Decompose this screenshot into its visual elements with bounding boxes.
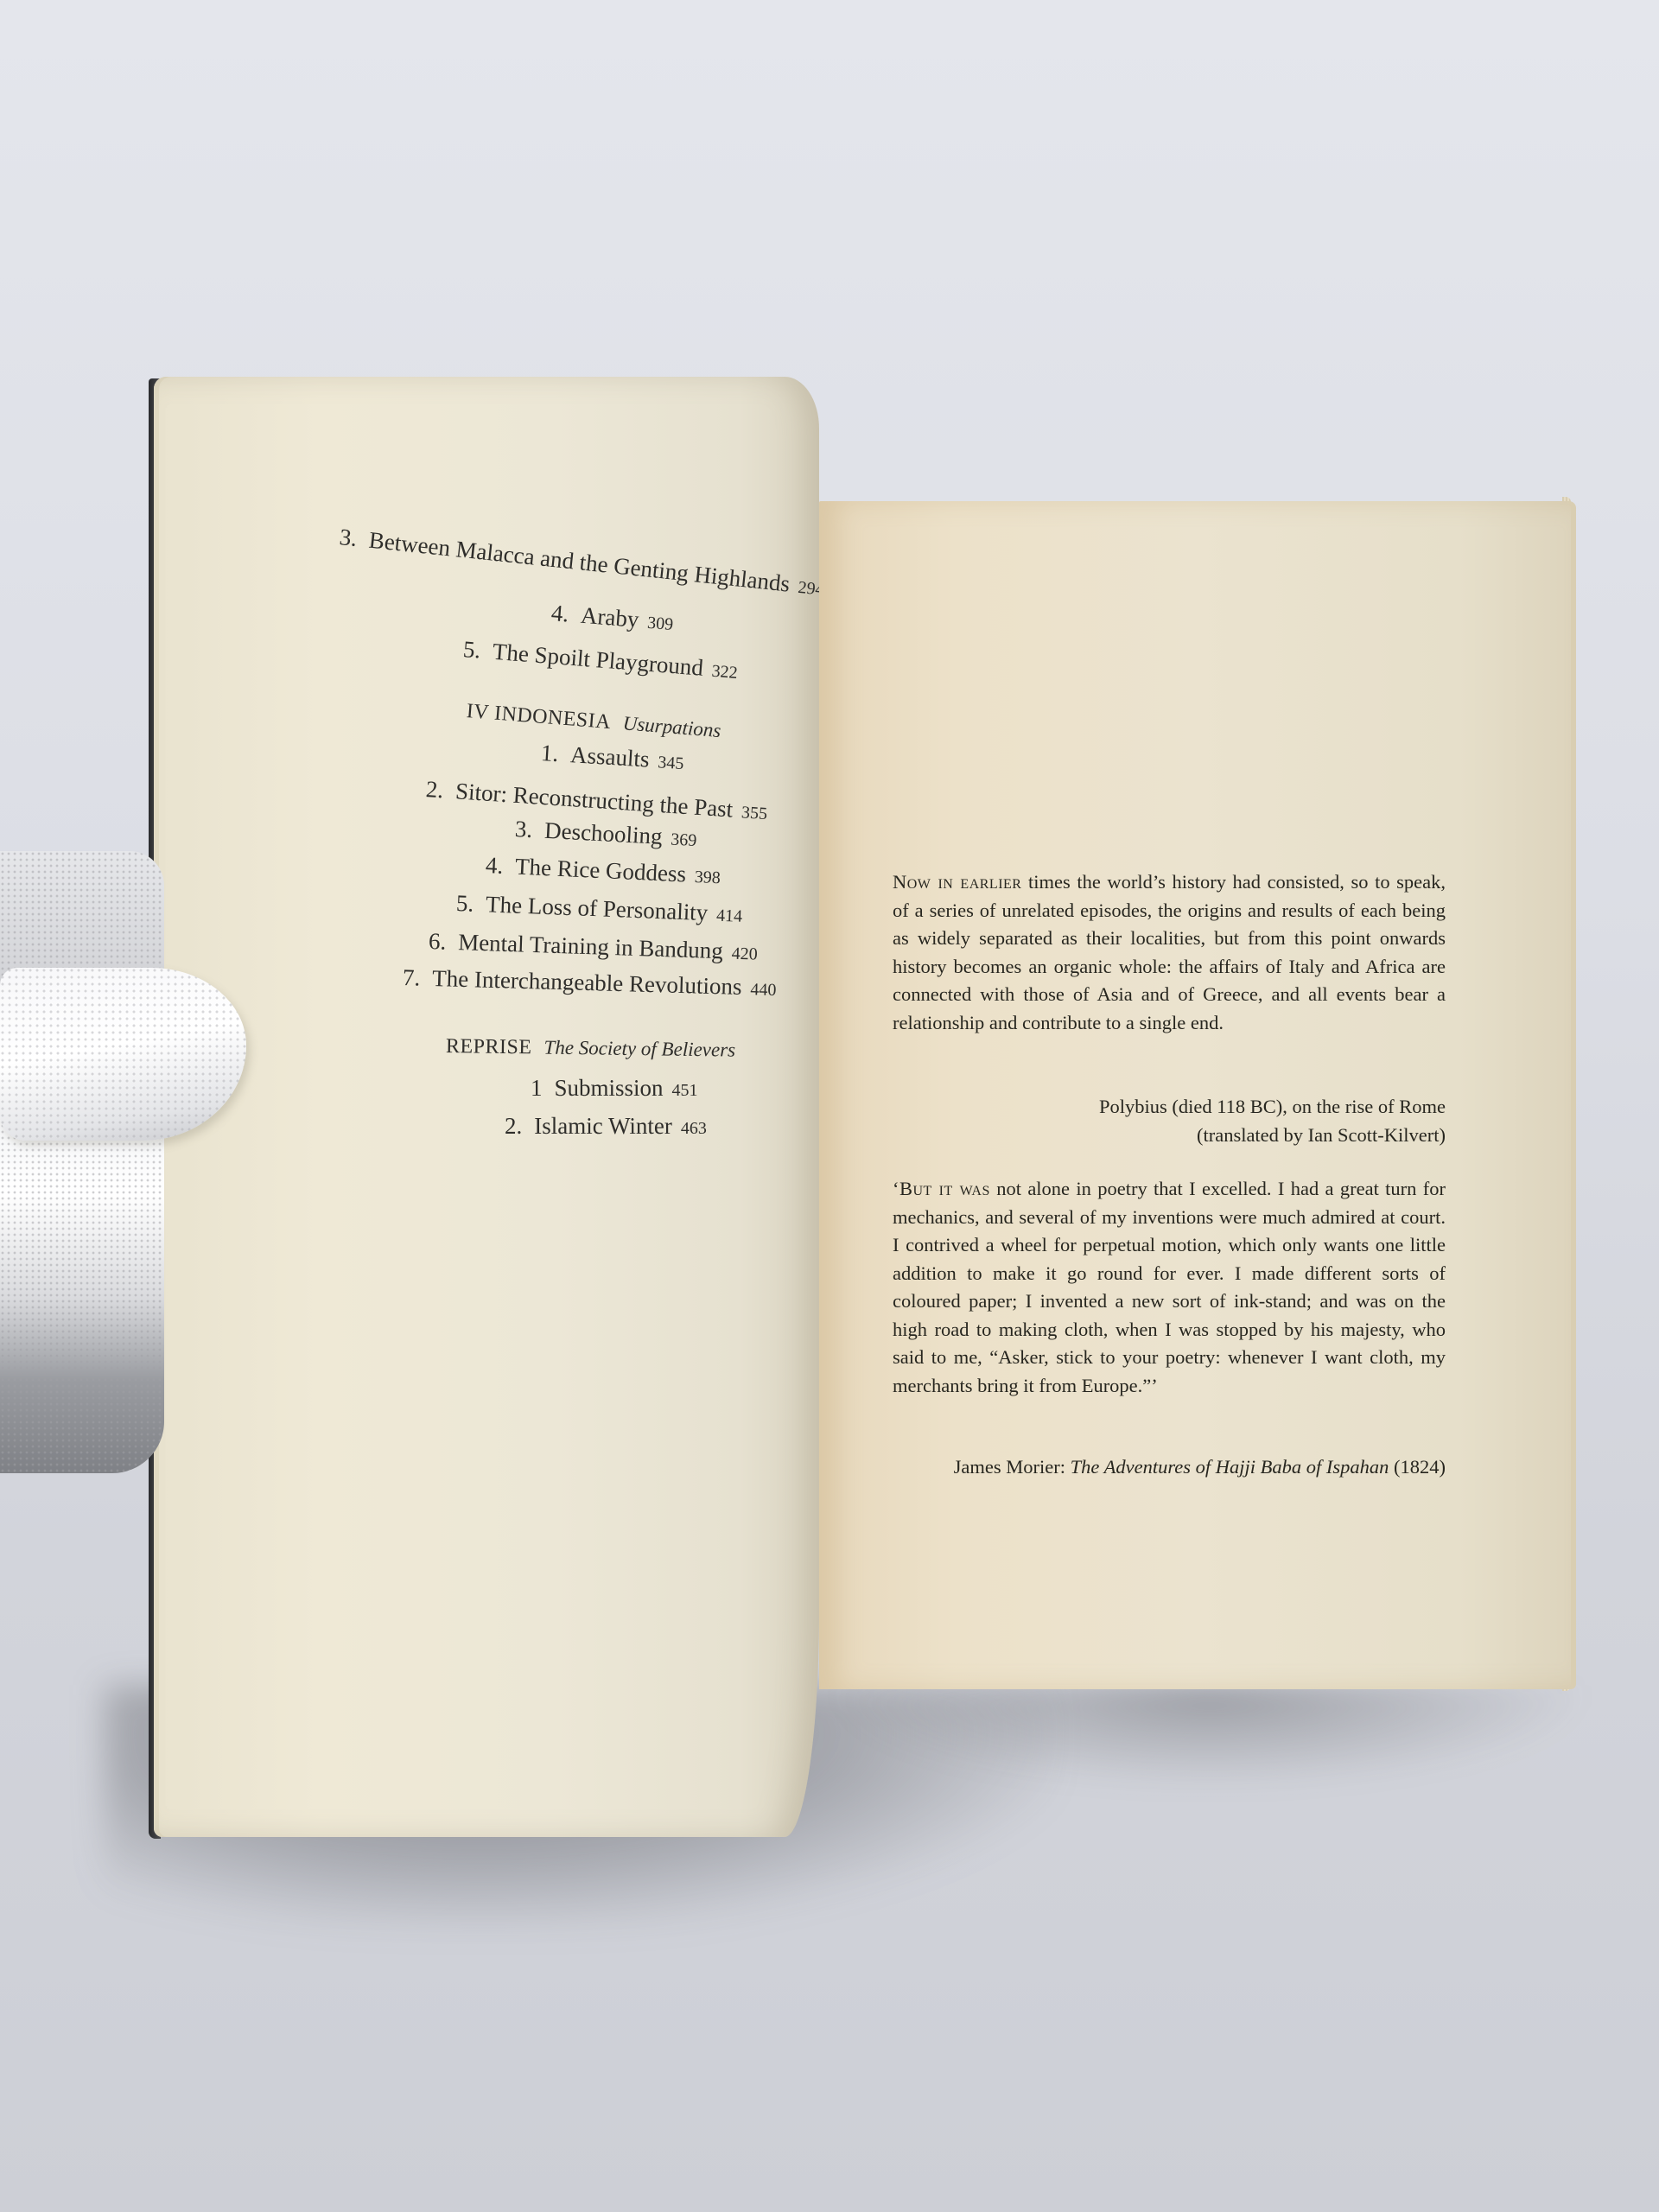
epigraph-text: times the world’s history had consisted,… — [893, 871, 1446, 1033]
toc-entry: 7.The Interchangeable Revolutions440 — [403, 964, 777, 1001]
table-of-contents: 3.Between Malacca and the Genting Highla… — [154, 377, 819, 1837]
toc-title: Between Malacca and the Genting Highland… — [368, 527, 791, 597]
book-shadow-right — [829, 1685, 1590, 1789]
left-page: 3.Between Malacca and the Genting Highla… — [154, 377, 819, 1837]
toc-entry: 1Submission451 — [531, 1075, 698, 1102]
attribution-morier: James Morier: The Adventures of Hajji Ba… — [893, 1453, 1446, 1482]
gloved-hand — [0, 851, 164, 1473]
toc-page: 294 — [798, 578, 819, 600]
toc-entry: 4.Araby309 — [550, 600, 675, 636]
epigraph-text: not alone in poetry that I excelled. I h… — [893, 1178, 1446, 1396]
epigraph-morier: ‘But it was not alone in poetry that I e… — [893, 1175, 1446, 1400]
gloved-thumb — [0, 968, 246, 1141]
toc-entry: 2.Islamic Winter463 — [505, 1113, 707, 1140]
part-heading: IV INDONESIAUsurpations — [466, 696, 722, 743]
toc-entry: 3.Deschooling369 — [514, 816, 697, 852]
epigraph-lead: Now in earlier — [893, 871, 1021, 893]
part-heading: REPRISEThe Society of Believers — [446, 1032, 736, 1063]
toc-entry: 4.The Rice Goddess398 — [485, 852, 721, 889]
epigraph-polybius: Now in earlier times the world’s history… — [893, 868, 1446, 1037]
toc-entry: 6.Mental Training in Bandung420 — [428, 928, 758, 966]
attribution-polybius: Polybius (died 118 BC), on the rise of R… — [893, 1093, 1446, 1149]
toc-entry: 5.The Loss of Personality414 — [455, 890, 742, 928]
epigraph-lead: ‘But it was — [893, 1178, 990, 1199]
toc-entry: 1.Assaults345 — [540, 740, 684, 775]
toc-entry: 5.The Spoilt Playground322 — [462, 636, 739, 684]
toc-entry: 2.Sitor: Reconstructing the Past355 — [425, 776, 768, 825]
toc-entry: 3.Between Malacca and the Genting Highla… — [338, 524, 819, 601]
